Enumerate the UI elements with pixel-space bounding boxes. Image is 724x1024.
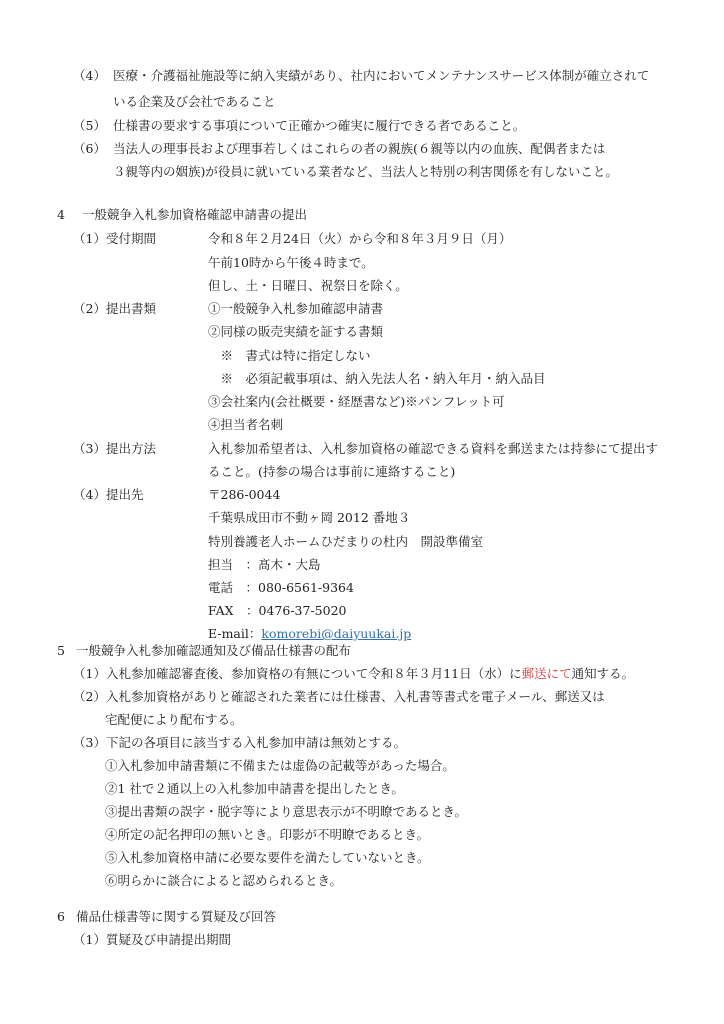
item-text: 令和８年２月24日（火）から令和８年３月９日（月） [208,231,511,247]
item-text: ※ 書式は特に指定しない [208,348,371,364]
item-label: （3）提出方法 [73,441,156,457]
item-text: 医療・介護福祉施設等に納入実績があり、社内においてメンテナンスサービス体制が確立… [113,68,649,84]
item-text: （3）下記の各項目に該当する入札参加申請は無効とする。 [73,735,406,751]
section-heading: 備品仕様書等に関する質疑及び回答 [76,909,276,925]
item-label: （2）提出書類 [73,301,156,317]
item-text: ②同様の販売実績を証する書類 [208,324,383,340]
item-text: 仕様書の要求する事項について正確かつ確実に履行できる者であること。 [113,118,525,134]
section-heading: 一般競争入札参加資格確認申請書の提出 [82,207,307,223]
item-number: （6） [73,141,106,157]
item-label: （4）提出先 [73,487,143,503]
item-text: 入札参加希望者は、入札参加資格の確認できる資料を郵送または持参にて提出す [208,441,658,457]
item-text: ①一般競争入札参加確認申請書 [208,301,383,317]
item-text: 電話 ：080-6561-9364 [208,580,354,596]
section-heading: 一般競争入札参加確認通知及び備品仕様書の配布 [76,643,351,659]
item-number: （5） [73,118,106,134]
item-label: （1）受付期間 [73,231,156,247]
invalid-condition: ③提出書類の誤字・脱字等により意思表示が不明瞭であるとき。 [105,804,467,820]
item-text: 午前10時から午後４時まで。 [208,255,374,271]
section-number: 6 [57,909,65,925]
invalid-condition: ②1 社で２通以上の入札参加申請書を提出したとき。 [105,781,404,797]
item-text: 当法人の理事長および理事若しくはこれらの者の親族(６親等以内の血族、配偶者または [113,141,605,157]
item-text: 〒286-0044 [208,487,280,503]
invalid-condition: ⑥明らかに談合によると認められるとき。 [105,873,342,889]
item-text: いる企業及び会社であること [113,94,276,110]
item-text: 特別養護老人ホームひだまりの杜内 開設準備室 [208,534,483,550]
item-text: （1）入札参加確認審査後、参加資格の有無について令和８年３月11日（水）に郵送に… [73,666,634,682]
item-text: FAX ：0476-37-5020 [208,603,347,619]
item-text: （1）質疑及び申請提出期間 [73,932,231,948]
item-text: 担当 ：髙木・大島 [208,557,321,573]
item-text: ※ 必須記載事項は、納入先法人名・納入年月・納入品目 [208,371,546,387]
email-link[interactable]: komorebi@daiyuukai.jp [261,626,411,641]
invalid-condition: ①入札参加申請書類に不備または虚偽の記載等があった場合。 [105,758,455,774]
highlighted-text: 郵送にて [522,666,572,681]
email-label: E-mail： [208,626,261,641]
item-text: 但し、土・日曜日、祝祭日を除く。 [208,278,408,294]
invalid-condition: ④所定の記名押印の無いとき。印影が不明瞭であるとき。 [105,827,429,843]
invalid-condition: ⑤入札参加資格申請に必要な要件を満たしていないとき。 [105,850,430,866]
item-text: ③会社案内(会社概要・経歴書など)※パンフレット可 [208,394,505,410]
item-text: ること。(持参の場合は事前に連絡すること) [208,464,455,480]
item-text: ３親等内の姻族)が役員に就いている業者など、当法人と特別の利害関係を有しないこと… [113,164,618,180]
item-text: （2）入札参加資格がありと確認された業者には仕様書、入札書等書式を電子メール、郵… [73,689,605,705]
item-number: （4） [73,68,106,84]
section-number: 5 [57,643,65,659]
item-text: ④担当者名刺 [208,417,283,433]
section-number: 4 [57,207,65,223]
item-text: 千葉県成田市不動ヶ岡 2012 番地３ [208,510,410,526]
item-text: 宅配便により配布する。 [105,712,243,728]
email-row: E-mail：komorebi@daiyuukai.jp [208,626,411,642]
